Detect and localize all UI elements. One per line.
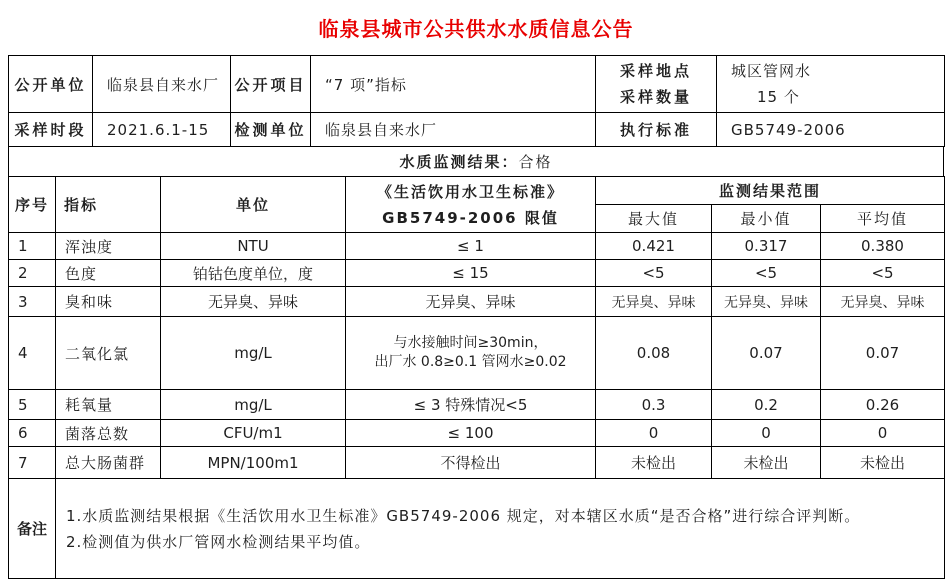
table-row: 5 耗氧量 mg/L ≤ 3 特殊情况<5 0.3 0.2 0.26 (9, 390, 945, 420)
row-indicator: 菌落总数 (56, 420, 161, 447)
result-banner: 水质监测结果：合格 (9, 147, 944, 177)
col-header-max: 最大值 (596, 205, 712, 233)
row-max: <5 (596, 260, 712, 287)
remark-item-1: 1.水质监测结果根据《生活饮用水卫生标准》GB5749-2006 规定，对本辖区… (66, 503, 928, 529)
row-limit: 与水接触时间≥30min， 出厂水 0.8≥0.1 管网水≥0.02 (346, 317, 596, 390)
row-min: 0 (712, 420, 821, 447)
results-table-body: 1 浑浊度 NTU ≤ 1 0.421 0.317 0.380 2 色度 铂钴色… (8, 232, 945, 479)
col-header-no: 序号 (9, 177, 56, 233)
row-no: 4 (9, 317, 56, 390)
result-banner-row: 水质监测结果：合格 (9, 147, 944, 177)
sample-count-value: 15 个 (731, 84, 944, 110)
row-no: 2 (9, 260, 56, 287)
table-row: 3 臭和味 无异臭、异味 无异臭、异味 无异臭、异味 无异臭、异味 无异臭、异味 (9, 287, 945, 317)
row-max: 0 (596, 420, 712, 447)
row-unit: MPN/100m1 (161, 447, 346, 479)
row-avg: 0.07 (821, 317, 945, 390)
remarks-row: 备注 1.水质监测结果根据《生活饮用水卫生标准》GB5749-2006 规定，对… (9, 479, 945, 579)
row-unit: NTU (161, 233, 346, 260)
row-avg: <5 (821, 260, 945, 287)
result-banner-table: 水质监测结果：合格 (8, 146, 944, 177)
row-max: 0.421 (596, 233, 712, 260)
table-row: 6 菌落总数 CFU/m1 ≤ 100 0 0 0 (9, 420, 945, 447)
result-label: 水质监测结果： (399, 153, 518, 171)
col-header-unit: 单位 (161, 177, 346, 233)
row-unit: mg/L (161, 390, 346, 420)
col-header-indicator: 指标 (56, 177, 161, 233)
row-indicator: 耗氧量 (56, 390, 161, 420)
row-limit: ≤ 100 (346, 420, 596, 447)
row-unit: 铂钴色度单位，度 (161, 260, 346, 287)
remarks-table: 备注 1.水质监测结果根据《生活饮用水卫生标准》GB5749-2006 规定，对… (8, 478, 945, 579)
row-unit: mg/L (161, 317, 346, 390)
sample-period-value: 2021.6.1-15 (93, 113, 231, 147)
row-avg: 0.380 (821, 233, 945, 260)
sampling-labels: 采样地点 采样数量 (596, 56, 717, 113)
row-max: 0.3 (596, 390, 712, 420)
limit-header-line2: GB5749-2006 限值 (346, 205, 595, 231)
row-max: 0.08 (596, 317, 712, 390)
row-avg: 0.26 (821, 390, 945, 420)
row-avg: 无异臭、异味 (821, 287, 945, 317)
row-indicator: 色度 (56, 260, 161, 287)
row-limit: 不得检出 (346, 447, 596, 479)
open-unit-value: 临泉县自来水厂 (93, 56, 231, 113)
col-header-avg: 平均值 (821, 205, 945, 233)
info-row-1: 公开单位 临泉县自来水厂 公开项目 “7 项”指标 采样地点 采样数量 城区管网… (9, 56, 945, 113)
row-no: 6 (9, 420, 56, 447)
row-min: 0.07 (712, 317, 821, 390)
test-unit-value: 临泉县自来水厂 (311, 113, 596, 147)
row-no: 5 (9, 390, 56, 420)
row-no: 3 (9, 287, 56, 317)
sample-site-value: 城区管网水 (731, 58, 944, 84)
info-table: 公开单位 临泉县自来水厂 公开项目 “7 项”指标 采样地点 采样数量 城区管网… (8, 55, 945, 147)
remarks-content: 1.水质监测结果根据《生活饮用水卫生标准》GB5749-2006 规定，对本辖区… (56, 479, 945, 579)
row-unit: 无异臭、异味 (161, 287, 346, 317)
row-no: 7 (9, 447, 56, 479)
col-header-min: 最小值 (712, 205, 821, 233)
results-table-header: 序号 指标 单位 《生活饮用水卫生标准》 GB5749-2006 限值 监测结果… (8, 176, 945, 233)
table-row: 2 色度 铂钴色度单位，度 ≤ 15 <5 <5 <5 (9, 260, 945, 287)
row-limit: ≤ 15 (346, 260, 596, 287)
row-min: <5 (712, 260, 821, 287)
row-max: 未检出 (596, 447, 712, 479)
row-min: 未检出 (712, 447, 821, 479)
col-header-limit: 《生活饮用水卫生标准》 GB5749-2006 限值 (346, 177, 596, 233)
standard-value: GB5749-2006 (717, 113, 945, 147)
standard-label: 执行标准 (596, 113, 717, 147)
row-indicator: 二氧化氯 (56, 317, 161, 390)
row-limit: 无异臭、异味 (346, 287, 596, 317)
open-item-label: 公开项目 (231, 56, 311, 113)
table-row: 7 总大肠菌群 MPN/100m1 不得检出 未检出 未检出 未检出 (9, 447, 945, 479)
row-unit: CFU/m1 (161, 420, 346, 447)
limit-header-line1: 《生活饮用水卫生标准》 (346, 179, 595, 205)
row-limit: ≤ 1 (346, 233, 596, 260)
row-min: 无异臭、异味 (712, 287, 821, 317)
row-min: 0.317 (712, 233, 821, 260)
sample-count-label: 采样数量 (596, 84, 716, 110)
table-row: 1 浑浊度 NTU ≤ 1 0.421 0.317 0.380 (9, 233, 945, 260)
col-header-range: 监测结果范围 (596, 177, 945, 205)
row-no: 1 (9, 233, 56, 260)
row-max: 无异臭、异味 (596, 287, 712, 317)
sample-site-label: 采样地点 (596, 58, 716, 84)
row-limit-line1: 与水接触时间≥30min， (346, 334, 595, 353)
open-unit-label: 公开单位 (9, 56, 93, 113)
page-title: 临泉县城市公共供水水质信息公告 (319, 13, 634, 42)
test-unit-label: 检测单位 (231, 113, 311, 147)
open-item-value: “7 项”指标 (311, 56, 596, 113)
row-indicator: 臭和味 (56, 287, 161, 317)
sampling-values: 城区管网水 15 个 (717, 56, 945, 113)
header-row-1: 序号 指标 单位 《生活饮用水卫生标准》 GB5749-2006 限值 监测结果… (9, 177, 945, 205)
water-quality-bulletin: 临泉县城市公共供水水质信息公告 公开单位 临泉县自来水厂 公开项目 “7 项”指… (8, 0, 944, 579)
row-indicator: 浑浊度 (56, 233, 161, 260)
row-avg: 0 (821, 420, 945, 447)
title-bar: 临泉县城市公共供水水质信息公告 (8, 0, 944, 55)
result-value: 合格 (519, 153, 553, 171)
row-limit: ≤ 3 特殊情况<5 (346, 390, 596, 420)
remarks-label: 备注 (9, 479, 56, 579)
row-avg: 未检出 (821, 447, 945, 479)
table-row: 4 二氧化氯 mg/L 与水接触时间≥30min， 出厂水 0.8≥0.1 管网… (9, 317, 945, 390)
info-row-2: 采样时段 2021.6.1-15 检测单位 临泉县自来水厂 执行标准 GB574… (9, 113, 945, 147)
row-limit-line2: 出厂水 0.8≥0.1 管网水≥0.02 (346, 353, 595, 372)
row-indicator: 总大肠菌群 (56, 447, 161, 479)
row-min: 0.2 (712, 390, 821, 420)
remark-item-2: 2.检测值为供水厂管网水检测结果平均值。 (66, 529, 928, 555)
sample-period-label: 采样时段 (9, 113, 93, 147)
